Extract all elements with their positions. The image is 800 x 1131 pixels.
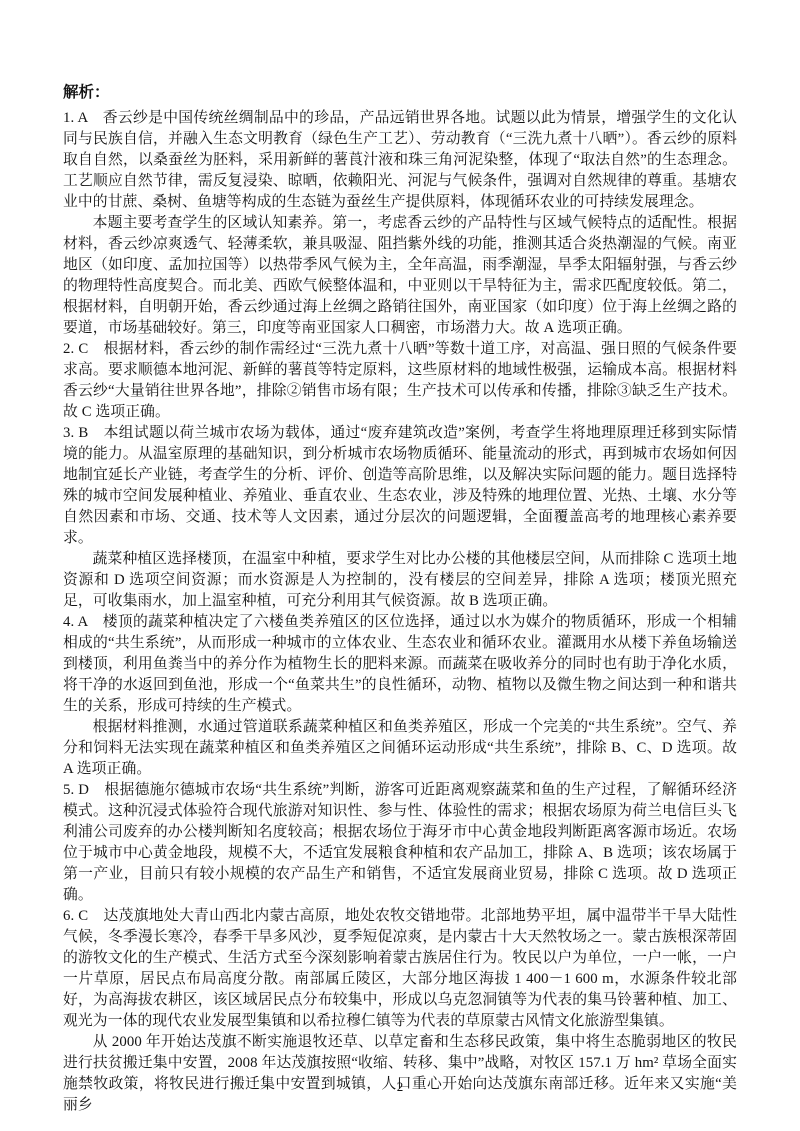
paragraph-answer: 6. C 达茂旗地处大青山西北内蒙古高原，地处农牧交错地带。北部地势平坦，属中温…	[63, 906, 737, 1032]
document-page: { "document": { "heading": "解析：", "page_…	[0, 0, 800, 1131]
page: 解析： 1. A 香云纱是中国传统丝绸制品中的珍品，产品远销世界各地。试题以此为…	[0, 0, 800, 1131]
paragraph-continuation: 从 2000 年开始达茂旗不断实施退牧还草、以草定畜和生态移民政策，集中将生态脆…	[63, 1032, 737, 1116]
page-number: 2	[0, 1079, 800, 1095]
paragraph-continuation: 根据材料推测，水通过管道联系蔬菜种植区和鱼类养殖区，形成一个完美的“共生系统”。…	[63, 717, 737, 780]
paragraph-answer: 5. D 根据德施尔德城市农场“共生系统”判断，游客可近距离观察蔬菜和鱼的生产过…	[63, 780, 737, 906]
paragraph-continuation: 蔬菜种植区选择楼顶，在温室中种植，要求学生对比办公楼的其他楼层空间，从而排除 C…	[63, 549, 737, 612]
paragraph-answer: 4. A 楼顶的蔬菜种植决定了六楼鱼类养殖区的区位选择，通过以水为媒介的物质循环…	[63, 612, 737, 717]
paragraph-answer: 2. C 根据材料，香云纱的制作需经过“三洗九煮十八晒”等数十道工序，对高温、强…	[63, 339, 737, 423]
paragraph-continuation: 本题主要考查学生的区域认知素养。第一，考虑香云纱的产品特性与区域气候特点的适配性…	[63, 213, 737, 339]
document-content: 解析： 1. A 香云纱是中国传统丝绸制品中的珍品，产品远销世界各地。试题以此为…	[0, 0, 800, 1116]
paragraph-answer: 3. B 本组试题以荷兰城市农场为载体，通过“废弃建筑改造”案例，考查学生将地理…	[63, 423, 737, 549]
paragraph-answer: 1. A 香云纱是中国传统丝绸制品中的珍品，产品远销世界各地。试题以此为情景，增…	[63, 108, 737, 213]
paragraphs-container: 1. A 香云纱是中国传统丝绸制品中的珍品，产品远销世界各地。试题以此为情景，增…	[63, 108, 737, 1116]
section-heading: 解析：	[63, 82, 737, 104]
